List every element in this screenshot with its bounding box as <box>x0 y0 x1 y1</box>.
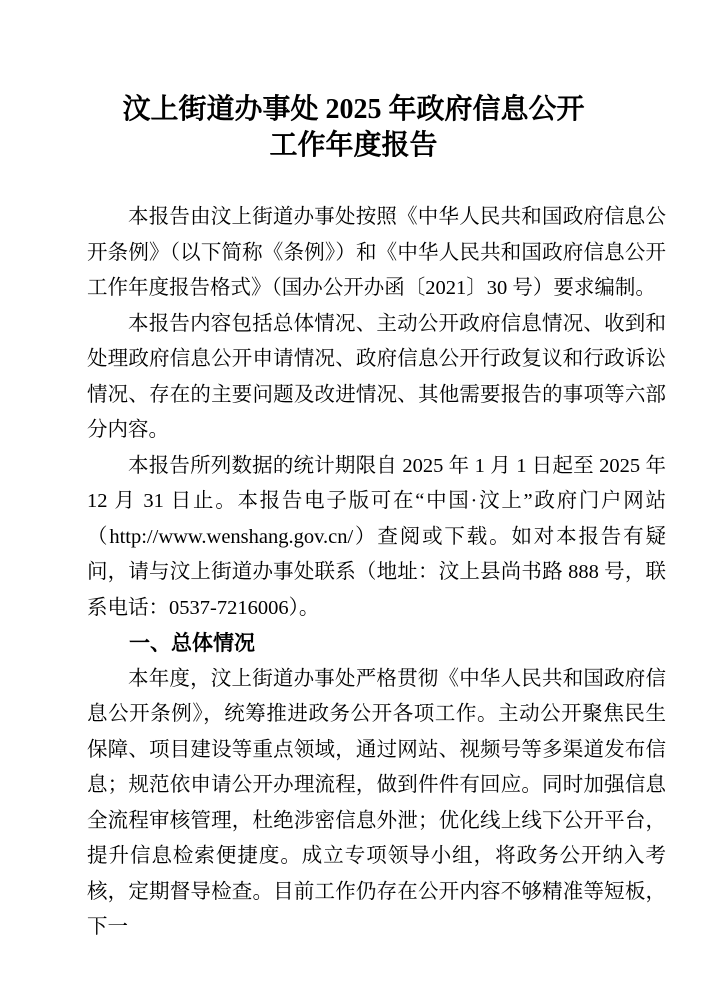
section-heading-overall-situation: 一、总体情况 <box>87 626 666 662</box>
paragraph-statistics-period-and-contact: 本报告所列数据的统计期限自 2025 年 1 月 1 日起至 2025 年 12… <box>87 449 666 627</box>
paragraph-report-contents: 本报告内容包括总体情况、主动公开政府信息情况、收到和处理政府信息公开申请情况、政… <box>87 307 666 449</box>
paragraph-overall-situation: 本年度，汶上街道办事处严格贯彻《中华人民共和国政府信息公开条例》，统筹推进政务公… <box>87 662 666 946</box>
document-title: 汶上街道办事处 2025 年政府信息公开 工作年度报告 <box>0 92 707 164</box>
document-title-line-1: 汶上街道办事处 2025 年政府信息公开 <box>0 92 707 128</box>
document-title-line-2: 工作年度报告 <box>0 128 707 164</box>
paragraph-report-basis: 本报告由汶上街道办事处按照《中华人民共和国政府信息公开条例》（以下简称《条例》）… <box>87 200 666 307</box>
document-page: 汶上街道办事处 2025 年政府信息公开 工作年度报告 本报告由汶上街道办事处按… <box>0 0 707 999</box>
document-body: 本报告由汶上街道办事处按照《中华人民共和国政府信息公开条例》（以下简称《条例》）… <box>87 200 666 946</box>
